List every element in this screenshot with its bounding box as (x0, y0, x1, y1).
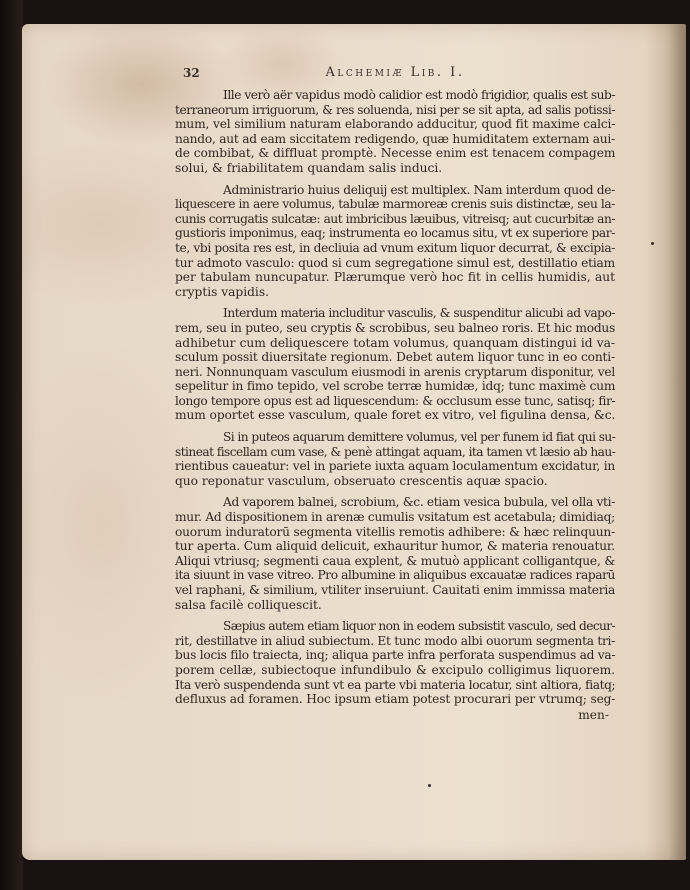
text-line: salsa facilè colliquescit. (175, 598, 615, 613)
text-line: cryptis vapidis. (175, 285, 615, 300)
text-line: rientibus caueatur: vel in pariete iuxta… (175, 459, 615, 474)
text-line: Aliqui vtriusq; segmenti caua explent, &… (175, 554, 615, 569)
text-line: Sæpius autem etiam liquor non in eodem s… (175, 619, 615, 634)
text-line: nando, aut ad eam siccitatem redigendo, … (175, 132, 615, 147)
text-line: porem cellæ, subiectoque infundibulo & e… (175, 663, 615, 678)
text-line: rem, seu in puteo, seu cryptis & scrobib… (175, 321, 615, 336)
paragraph-2: Administrario huius deliquij est multipl… (175, 183, 615, 300)
text-line: terraneorum irriguorum, & res soluenda, … (175, 103, 615, 118)
text-line: ouorum induratorū segmenta vitellis remo… (175, 525, 615, 540)
page-text: 32 Alchemiæ Lib. I. Ille verò aër vapidu… (175, 66, 615, 729)
paragraph-6: Sæpius autem etiam liquor non in eodem s… (175, 619, 615, 722)
text-line: Ita verò suspendenda sunt vt ea parte vb… (175, 678, 615, 693)
text-line: de combibat, & diffluat promptè. Necesse… (175, 146, 615, 161)
paragraph-1: Ille verò aër vapidus modò calidior est … (175, 88, 615, 176)
text-line: vel raphani, & similium, vtiliter inseru… (175, 583, 615, 598)
text-line: Interdum materia includitur vasculis, & … (175, 306, 615, 321)
text-line: mum oportet esse vasculum, quale foret e… (175, 408, 615, 423)
text-line: tur aperta. Cum aliquid delicuit, exhaur… (175, 539, 615, 554)
text-line: quo reponatur vasculum, obseruato cresce… (175, 474, 615, 489)
text-line: adhibetur cum deliquescere totam volumus… (175, 336, 615, 351)
text-line: gustioris imponimus, eaq; instrumenta eo… (175, 226, 615, 241)
text-line: tur admoto vasculo: quod si cum segregat… (175, 256, 615, 271)
text-line: rit, destillatve in aliud subiectum. Et … (175, 634, 615, 649)
text-line: sepelitur in fimo tepido, vel scrobe ter… (175, 379, 615, 394)
page-header: 32 Alchemiæ Lib. I. (175, 66, 615, 88)
ink-speck (428, 784, 431, 787)
text-line: bus locis filo traiecta, inq; aliqua par… (175, 648, 615, 663)
text-line: Ille verò aër vapidus modò calidior est … (175, 88, 615, 103)
text-line: neri. Nonnunquam vasculum eiusmodi in ar… (175, 365, 615, 380)
text-line: Si in puteos aquarum demittere volumus, … (175, 430, 615, 445)
text-line: Ad vaporem balnei, scrobium, &c. etiam v… (175, 495, 615, 510)
running-head: Alchemiæ Lib. I. (175, 66, 615, 81)
text-line: ita siuunt in vase vitreo. Pro albumine … (175, 568, 615, 583)
catchword: men- (175, 708, 615, 723)
paragraph-3: Interdum materia includitur vasculis, & … (175, 306, 615, 423)
text-line: mur. Ad dispositionem in arenæ cumulis v… (175, 510, 615, 525)
text-line: per tabulam nuncupatur. Plærumque verò h… (175, 270, 615, 285)
text-line: defluxus ad foramen. Hoc ipsum etiam pot… (175, 692, 615, 707)
text-line: te, vbi posita res est, in decliuia ad v… (175, 241, 615, 256)
text-line: sculum possit diuersitate regionum. Debe… (175, 350, 615, 365)
text-line: liquescere in aere volumus, tabulæ marmo… (175, 197, 615, 212)
text-line: solui, & friabilitatem quandam salis ind… (175, 161, 615, 176)
text-line: mum, vel similium naturam elaborando add… (175, 117, 615, 132)
paragraph-5: Ad vaporem balnei, scrobium, &c. etiam v… (175, 495, 615, 612)
text-line: cunis corrugatis sulcatæ: aut imbricibus… (175, 212, 615, 227)
text-line: Administrario huius deliquij est multipl… (175, 183, 615, 198)
page-gutter-shadow (668, 24, 686, 860)
text-line: stineat fiscellam cum vase, & penè attin… (175, 445, 615, 460)
text-line: longo tempore opus est ad liquescendum: … (175, 394, 615, 409)
ink-speck (651, 242, 654, 245)
paragraph-4: Si in puteos aquarum demittere volumus, … (175, 430, 615, 488)
